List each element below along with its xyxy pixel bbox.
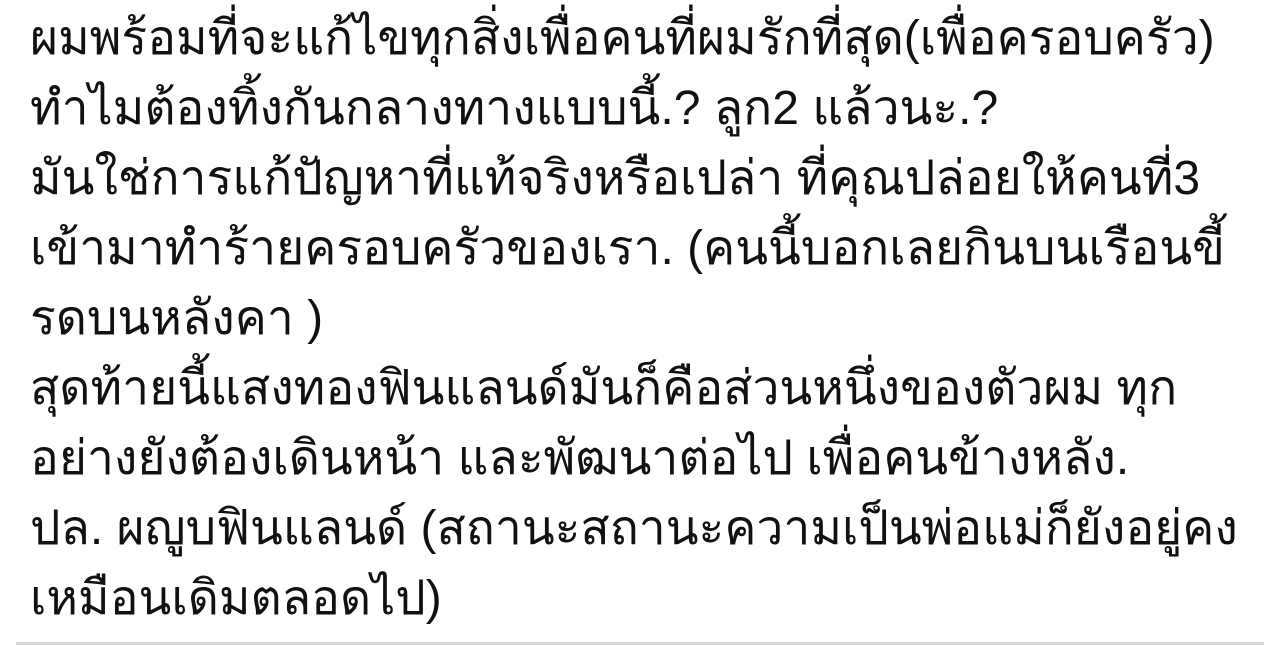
post-text-line: ปล. ผญูบฟินแลนด์ (สถานะสถานะความเป็นพ่อแ… [30, 494, 1260, 564]
post-text-line: รดบนหลังคา ) [30, 284, 1260, 354]
post-text-line: เหมือนเดิมตลอดไป) [30, 564, 1260, 634]
post-text-line: เข้ามาทำร้ายครอบครัวของเรา. (คนนี้บอกเลย… [30, 214, 1260, 284]
bottom-divider [16, 642, 1264, 645]
post-text-line: สุดท้ายนี้แสงทองฟินแลนด์มันก็คือส่วนหนึ่… [30, 354, 1260, 424]
post-text-block: ผมพร้อมที่จะแก้ไขทุกสิ่งเพื่อคนที่ผมรักท… [30, 0, 1260, 634]
post-text-line: อย่างยังต้องเดินหน้า และพัฒนาต่อไป เพื่อ… [30, 424, 1260, 494]
post-text-line: มันใช่การแก้ปัญหาที่แท้จริงหรือเปล่า ที่… [30, 144, 1260, 214]
post-text-line: ทำไมต้องทิ้งกันกลางทางแบบนี้.? ลูก2 แล้ว… [30, 74, 1260, 144]
post-text-line: ผมพร้อมที่จะแก้ไขทุกสิ่งเพื่อคนที่ผมรักท… [30, 4, 1260, 74]
